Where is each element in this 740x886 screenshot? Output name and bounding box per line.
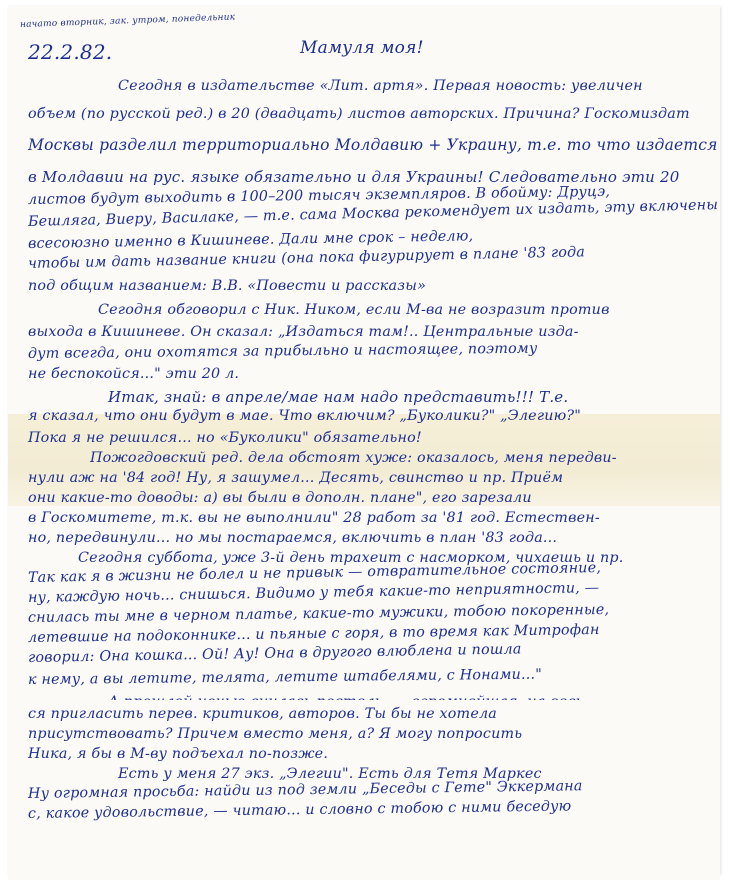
- letter-line: Ника, я бы в М-ву подъехал по-позже.: [28, 746, 328, 762]
- letter-line: присутствовать? Причем вместо меня, а? Я…: [28, 726, 522, 742]
- margin-note: начато вторник, зак. утром, понедельник: [20, 12, 236, 30]
- letter-line: с, какое удовольствие, — читаю... и слов…: [28, 798, 572, 822]
- letter-line: но, передвинули... но мы постараемся, вк…: [28, 530, 557, 546]
- letter-line: нули аж на '84 год! Ну, я зашумел... Дес…: [28, 470, 563, 486]
- letter-line: Пока я не решился... но «Буколики" обяза…: [28, 430, 422, 446]
- letter-line: дут всегда, они охотятся за прибыльно и …: [28, 341, 538, 362]
- letter-line: объем (по русской ред.) в 20 (двадцать) …: [28, 106, 690, 122]
- letter-line: Пожогдовский ред. дела обстоят хуже: ока…: [90, 450, 617, 466]
- letter-greeting: Мамуля моя!: [300, 38, 424, 58]
- letter-line: Итак, знай: в апреле/мае нам надо предст…: [108, 388, 568, 406]
- letter-line: Сегодня в издательстве «Лит. артя». Перв…: [118, 78, 643, 94]
- letter-line: Сегодня обговорил с Ник. Ником, если М-в…: [98, 302, 610, 318]
- letter-line: ся пригласить перев. критиков, авторов. …: [28, 706, 497, 722]
- letter-date: 22.2.82.: [28, 40, 112, 64]
- letter-line: в Госкомитете, т.к. вы не выполнили" 28 …: [28, 510, 600, 526]
- letter-line: они какие-то доводы: а) вы были в дополн…: [28, 490, 532, 506]
- letter-line: под общим названием: В.В. «Повести и рас…: [28, 278, 426, 294]
- letter-lower-section: ся пригласить перев. критиков, авторов. …: [8, 700, 720, 880]
- letter-line: к нему, а вы летите, телята, летите штаб…: [28, 667, 542, 688]
- letter-line: Москвы разделил территориально Молдавию …: [28, 136, 718, 154]
- letter-line: выхода в Кишиневе. Он сказал: „Издаться …: [28, 324, 579, 340]
- letter-line: не беспокойся..." эти 20 л.: [28, 366, 239, 382]
- letter-line: говорил: Она кошка... Ой! Ау! Она в друг…: [28, 641, 522, 666]
- letter-line: я сказал, что они будут в мае. Что включ…: [28, 408, 581, 424]
